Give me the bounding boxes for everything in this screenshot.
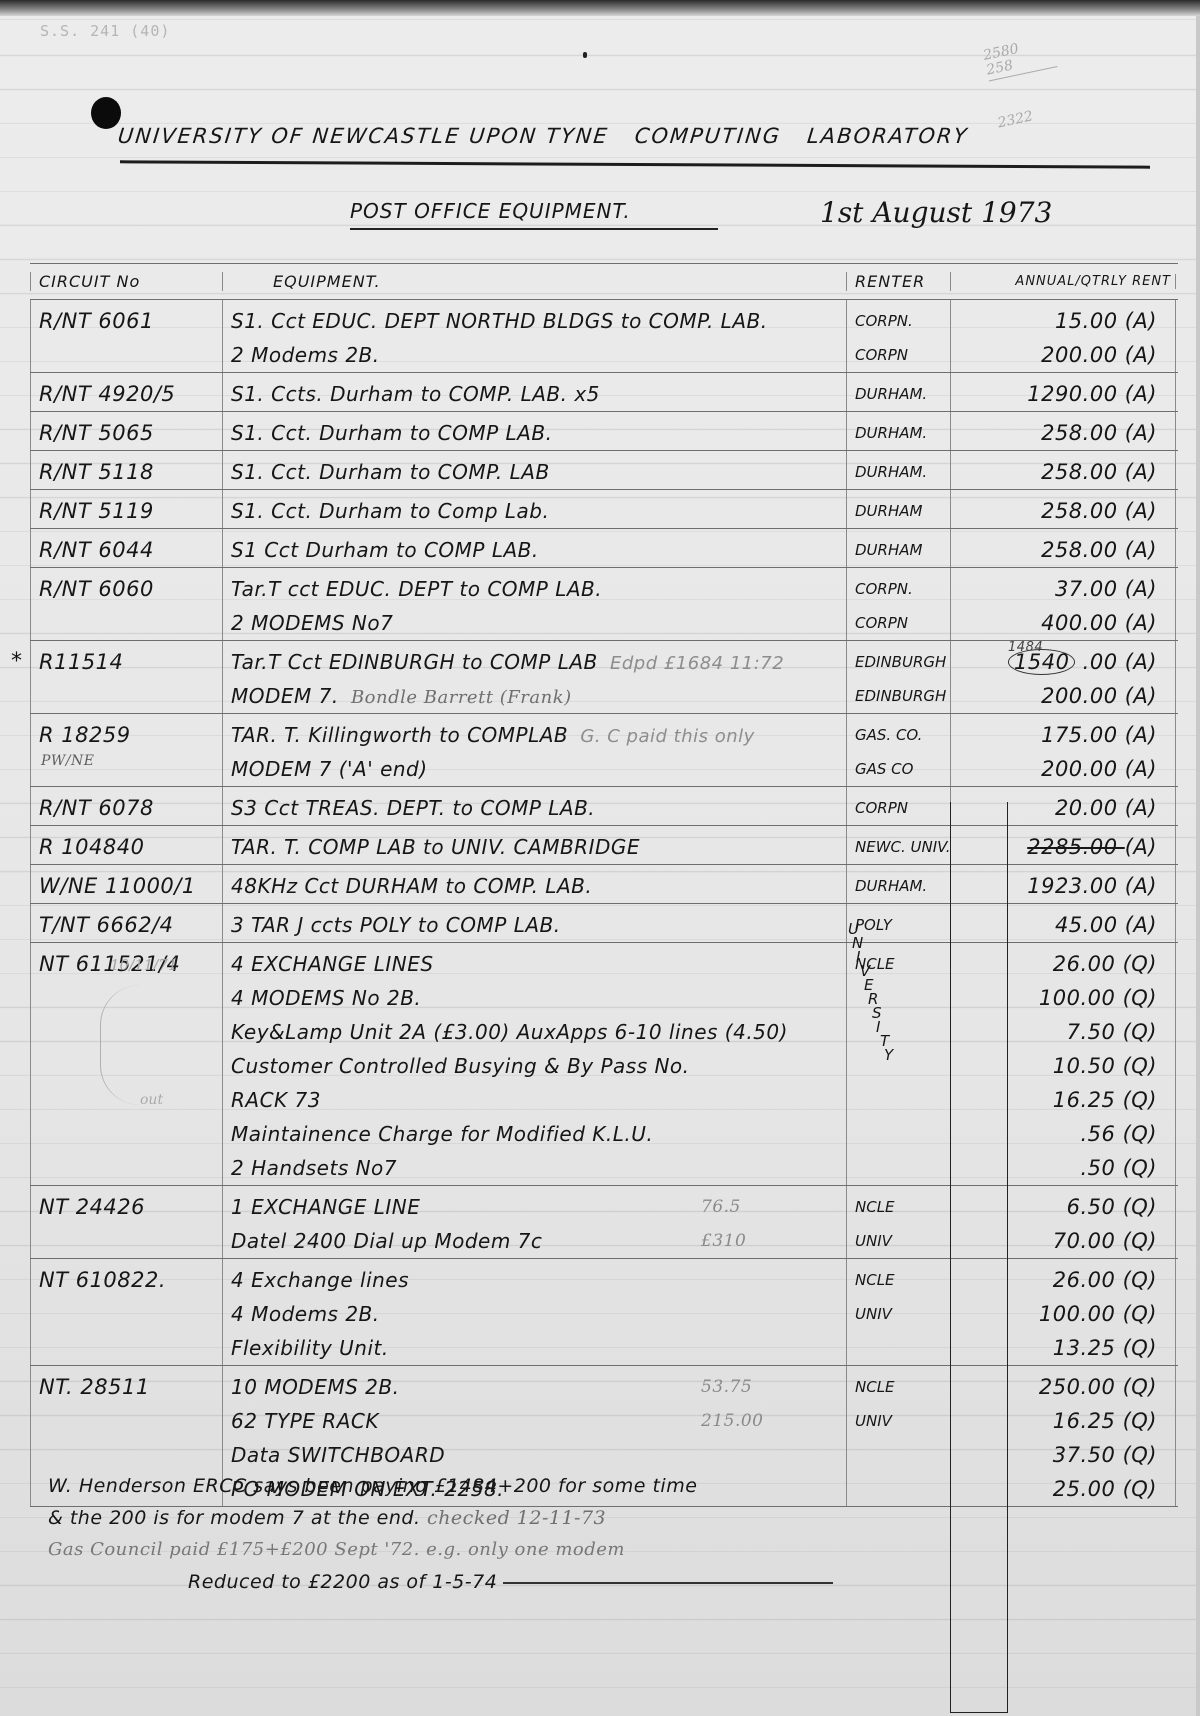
rent-period: (A) <box>1125 835 1157 859</box>
rent-period: (Q) <box>1123 1336 1157 1360</box>
blank-line <box>39 1297 222 1331</box>
ledger-row: R/NT 5065S1. Cct. Durham to COMP LAB.DUR… <box>30 412 1178 451</box>
page-subtitle: POST OFFICE EQUIPMENT. <box>350 199 631 223</box>
ledger-header: CIRCUIT No EQUIPMENT. RENTER ANNUAL/QTRL… <box>30 263 1178 300</box>
rent-value: 100.00 <box>1039 1302 1123 1326</box>
page-title: UNIVERSITY OF NEWCASTLE UPON TYNE COMPUT… <box>117 124 970 148</box>
pencil-side-figure: 76.5 <box>701 1190 741 1224</box>
rent-value: 20.00 <box>1055 796 1125 820</box>
rent-amount: 400.00 (A) <box>959 606 1157 640</box>
footnote-line: W. Henderson ERCC says been paying £1484… <box>48 1470 1008 1502</box>
renter-cell: DURHAM. <box>847 451 951 489</box>
equipment-item: Data SWITCHBOARD <box>231 1438 846 1472</box>
rent-period: (Q) <box>1123 1375 1157 1399</box>
renter-cell: DURHAM. <box>847 865 951 903</box>
renter-name <box>855 1117 950 1151</box>
rent-value: 37.00 <box>1055 577 1125 601</box>
rent-period: (Q) <box>1123 1020 1157 1044</box>
rent-value: 26.00 <box>1053 952 1123 976</box>
renter-name: UNIV <box>855 1224 950 1258</box>
rent-value: 45.00 <box>1055 913 1125 937</box>
renter-cell: EDINBURGHEDINBURGH <box>847 641 951 713</box>
equipment-cell: 1 EXCHANGE LINE76.5Datel 2400 Dial up Mo… <box>223 1186 847 1258</box>
ledger-row: R/NT 5118S1. Cct. Durham to COMP. LABDUR… <box>30 451 1178 490</box>
equipment-item: Tar.T cct EDUC. DEPT to COMP LAB. <box>231 572 846 606</box>
rent-period: (A) <box>1125 757 1157 781</box>
equipment-cell: S1. Cct. Durham to COMP LAB. <box>223 412 847 450</box>
circuit-cell: R/NT 4920/5 <box>30 373 223 411</box>
rent-period: (A) <box>1125 913 1157 937</box>
circuit-cell: NT 610822. <box>30 1259 223 1365</box>
rent-value: 2285.00 <box>1027 835 1125 859</box>
circuit-number: R/NT 6044 <box>39 533 222 567</box>
circuit-cell: R 18259PW/NE <box>30 714 223 786</box>
rent-period: (Q) <box>1123 1054 1157 1078</box>
equipment-item: RACK 73 <box>231 1083 846 1117</box>
renter-name: CORPN <box>855 606 950 640</box>
equipment-cell: 48KHz Cct DURHAM to COMP. LAB. <box>223 865 847 903</box>
rent-period: (Q) <box>1123 1477 1157 1501</box>
blank-line <box>39 1404 222 1438</box>
rent-value: 258.00 <box>1041 460 1125 484</box>
equipment-item: 1 EXCHANGE LINE76.5 <box>231 1190 846 1224</box>
rent-period: (Q) <box>1123 986 1157 1010</box>
equipment-item: Key&Lamp Unit 2A (£3.00) AuxApps 6-10 li… <box>231 1015 846 1049</box>
rent-value: 16.25 <box>1053 1409 1123 1433</box>
renter-cell: CORPN.CORPN <box>847 568 951 640</box>
rent-value: 200.00 <box>1041 684 1125 708</box>
ledger-row: R/NT 6044S1 Cct Durham to COMP LAB.DURHA… <box>30 529 1178 568</box>
circuit-cell: R 104840 <box>30 826 223 864</box>
circuit-cell: R/NT 5118 <box>30 451 223 489</box>
equipment-cell: 3 TAR J ccts POLY to COMP LAB. <box>223 904 847 942</box>
equipment-cell: S1. Cct. Durham to Comp Lab. <box>223 490 847 528</box>
rent-value: 258.00 <box>1041 538 1125 562</box>
equipment-item: 3 TAR J ccts POLY to COMP LAB. <box>231 908 846 942</box>
rent-period: (A) <box>1125 421 1157 445</box>
equipment-item: 4 Modems 2B. <box>231 1297 846 1331</box>
rent-amount: 200.00 (A) <box>959 752 1157 786</box>
rent-value: 1290.00 <box>1027 382 1125 406</box>
renter-cell: NCLEUNIV <box>847 1186 951 1258</box>
rent-period: (A) <box>1125 577 1157 601</box>
equipment-cell: Tar.T Cct EDINBURGH to COMP LAB Edpd £16… <box>223 641 847 713</box>
renter-name <box>855 1438 950 1472</box>
renter-name: CORPN <box>855 791 950 825</box>
document-date: 1st August 1973 <box>820 196 1052 229</box>
pencil-annotation: Bondle Barrett (Frank) <box>345 687 572 708</box>
blank-line <box>39 679 222 713</box>
rent-amount: 37.00 (A) <box>959 572 1157 606</box>
rent-value: .50 <box>1081 1156 1123 1180</box>
rent-value: 258.00 <box>1041 421 1125 445</box>
rent-value: 37.50 <box>1053 1443 1123 1467</box>
equipment-item: 2 MODEMS No7 <box>231 606 846 640</box>
equipment-cell: TAR. T. COMP LAB to UNIV. CAMBRIDGE <box>223 826 847 864</box>
rent-value: 1923.00 <box>1027 874 1125 898</box>
circuit-number: R 104840 <box>39 830 222 864</box>
renter-cell: CORPN.CORPN <box>847 300 951 372</box>
bracket-tail-line <box>503 1582 833 1584</box>
circuit-number: R/NT 6078 <box>39 791 222 825</box>
renter-name: NCLE <box>855 1190 950 1224</box>
rent-value: 400.00 <box>1041 611 1125 635</box>
pencil-side-figure: £310 <box>701 1224 746 1258</box>
equipment-item: MODEM 7. Bondle Barrett (Frank) <box>231 679 846 713</box>
punch-hole <box>91 97 121 129</box>
rent-period: (Q) <box>1123 1229 1157 1253</box>
equipment-item: S1. Cct. Durham to Comp Lab. <box>231 494 846 528</box>
asterisk-icon: * <box>11 645 23 679</box>
equipment-item: Maintainence Charge for Modified K.L.U. <box>231 1117 846 1151</box>
renter-name: DURHAM <box>855 533 950 567</box>
circuit-cell: W/NE 11000/1 <box>30 865 223 903</box>
renter-cell: CORPN <box>847 787 951 825</box>
rent-period: (A) <box>1125 684 1157 708</box>
renter-name <box>855 1151 950 1185</box>
renter-name: GAS. CO. <box>855 718 950 752</box>
renter-name: GAS CO <box>855 752 950 786</box>
equipment-cell: S3 Cct TREAS. DEPT. to COMP LAB. <box>223 787 847 825</box>
rent-value: 16.25 <box>1053 1088 1123 1112</box>
column-header-renter: RENTER <box>847 272 951 291</box>
handwritten-annotation: G. C paid this only <box>574 726 755 747</box>
equipment-cell: 4 EXCHANGE LINES4 MODEMS No 2B.Key&Lamp … <box>223 943 847 1185</box>
rent-period: (Q) <box>1123 1268 1157 1292</box>
ledger-row: R/NT 5119S1. Cct. Durham to Comp Lab.DUR… <box>30 490 1178 529</box>
equipment-item: Tar.T Cct EDINBURGH to COMP LAB Edpd £16… <box>231 645 846 679</box>
rent-period: (A) <box>1125 460 1157 484</box>
ledger-row: R/NT 6060Tar.T cct EDUC. DEPT to COMP LA… <box>30 568 1178 641</box>
equipment-item: 4 MODEMS No 2B. <box>231 981 846 1015</box>
rent-value: 26.00 <box>1053 1268 1123 1292</box>
ledger-row: R/NT 4920/5S1. Ccts. Durham to COMP. LAB… <box>30 373 1178 412</box>
rent-cell: 1290.00 (A) <box>951 373 1176 411</box>
renter-name <box>855 1049 950 1083</box>
rent-value: 7.50 <box>1067 1020 1123 1044</box>
equipment-item: 2 Modems 2B. <box>231 338 846 372</box>
circuit-number: W/NE 11000/1 <box>39 869 222 903</box>
renter-name <box>855 1083 950 1117</box>
rent-amount: 200.00 (A) <box>959 679 1157 713</box>
rent-value: 200.00 <box>1041 343 1125 367</box>
equipment-item: 62 TYPE RACK215.00 <box>231 1404 846 1438</box>
rent-value: 6.50 <box>1067 1195 1123 1219</box>
renter-name: DURHAM. <box>855 455 950 489</box>
equipment-item: S3 Cct TREAS. DEPT. to COMP LAB. <box>231 791 846 825</box>
equipment-item: S1 Cct Durham to COMP LAB. <box>231 533 846 567</box>
renter-cell: DURHAM. <box>847 412 951 450</box>
circuit-number: NT. 28511 <box>39 1370 222 1404</box>
renter-name: DURHAM. <box>855 416 950 450</box>
rent-value: 200.00 <box>1041 757 1125 781</box>
equipment-item: Datel 2400 Dial up Modem 7c£310 <box>231 1224 846 1258</box>
pencil-side-figure: 215.00 <box>701 1404 763 1438</box>
rent-amount: 258.00 (A) <box>959 494 1157 528</box>
pencil-arrow-icon <box>100 985 156 1105</box>
rent-amount: 14841540 .00 (A) <box>959 645 1157 679</box>
footnote-line: Reduced to £2200 as of 1-5-74 <box>48 1566 1008 1598</box>
rent-period: (Q) <box>1123 1302 1157 1326</box>
rent-value: 100.00 <box>1039 986 1123 1010</box>
column-header-equipment: EQUIPMENT. <box>223 272 847 291</box>
equipment-item: S1. Cct. Durham to COMP. LAB <box>231 455 846 489</box>
rent-period: (A) <box>1125 874 1157 898</box>
rent-period: (Q) <box>1123 1156 1157 1180</box>
vertical-letter: Y <box>884 1046 894 1064</box>
equipment-item: S1. Cct EDUC. DEPT NORTHD BLDGS to COMP.… <box>231 304 846 338</box>
renter-cell: DURHAM <box>847 529 951 567</box>
equipment-item: 2 Handsets No7 <box>231 1151 846 1185</box>
scan-edge <box>0 0 1200 16</box>
rent-period: (A) <box>1125 382 1157 406</box>
pencil-side-figure: 53.75 <box>701 1370 752 1404</box>
rent-cell: 175.00 (A)200.00 (A) <box>951 714 1176 786</box>
ledger-row: R 18259PW/NETAR. T. Killingworth to COMP… <box>30 714 1178 787</box>
renter-name: NCLE <box>855 1263 950 1297</box>
footnote-line: Gas Council paid £175+£200 Sept '72. e.g… <box>48 1534 1008 1566</box>
rent-value: 13.25 <box>1053 1336 1123 1360</box>
rent-period: (Q) <box>1123 1409 1157 1433</box>
ledger-row: R11514*Tar.T Cct EDINBURGH to COMP LAB E… <box>30 641 1178 714</box>
circuit-number: T/NT 6662/4 <box>39 908 222 942</box>
pencil-check-note: checked 12-11-73 <box>421 1507 607 1529</box>
subtitle-underline <box>350 228 718 230</box>
renter-name: UNIV <box>855 1404 950 1438</box>
rent-cell: 258.00 (A) <box>951 451 1176 489</box>
renter-name: DURHAM. <box>855 869 950 903</box>
rent-cell: 15.00 (A)200.00 (A) <box>951 300 1176 372</box>
footnote-line: & the 200 is for modem 7 at the end. che… <box>48 1502 1008 1534</box>
equipment-item: MODEM 7 ('A' end) <box>231 752 846 786</box>
rent-period: (A) <box>1125 723 1157 747</box>
rent-cell: 258.00 (A) <box>951 412 1176 450</box>
rent-period: (A) <box>1125 309 1157 333</box>
renter-name: EDINBURGH <box>855 645 950 679</box>
rent-period: (Q) <box>1123 1195 1157 1219</box>
circuit-number: R/NT 5065 <box>39 416 222 450</box>
rent-period: (Q) <box>1123 1443 1157 1467</box>
circuit-cell: NT 24426 <box>30 1186 223 1258</box>
rent-decimals: .00 <box>1075 650 1124 674</box>
rent-amount: 175.00 (A) <box>959 718 1157 752</box>
rent-period: (A) <box>1125 611 1157 635</box>
renter-name: UNIV <box>855 1297 950 1331</box>
rent-cell: 14841540 .00 (A)200.00 (A) <box>951 641 1176 713</box>
circuit-cell: R/NT 6060 <box>30 568 223 640</box>
circuit-number: R/NT 6061 <box>39 304 222 338</box>
equipment-item: 4 Exchange lines <box>231 1263 846 1297</box>
handwritten-annotation: Edpd £1684 11:72 <box>604 653 784 674</box>
circuit-number: R/NT 6060 <box>39 572 222 606</box>
equipment-item: S1. Ccts. Durham to COMP. LAB. x5 <box>231 377 846 411</box>
equipment-item: Customer Controlled Busying & By Pass No… <box>231 1049 846 1083</box>
renter-name: NCLE <box>855 1370 950 1404</box>
rent-value: 25.00 <box>1053 1477 1123 1501</box>
renter-cell: NEWC. UNIV. <box>847 826 951 864</box>
equipment-cell: TAR. T. Killingworth to COMPLAB G. C pai… <box>223 714 847 786</box>
rent-period: (A) <box>1125 796 1157 820</box>
blank-line <box>39 752 222 786</box>
blank-line <box>39 1117 222 1151</box>
blank-line <box>39 606 222 640</box>
rent-value: 15.00 <box>1055 309 1125 333</box>
rent-period: (A) <box>1125 343 1157 367</box>
circuit-number: R 18259PW/NE <box>39 718 222 752</box>
rent-period: (A) <box>1125 650 1157 674</box>
renter-name: DURHAM <box>855 494 950 528</box>
rent-amount: 258.00 (A) <box>959 416 1157 450</box>
equipment-cell: S1. Cct EDUC. DEPT NORTHD BLDGS to COMP.… <box>223 300 847 372</box>
rent-period: (Q) <box>1123 1088 1157 1112</box>
rent-cell: 258.00 (A) <box>951 490 1176 528</box>
rent-value: 175.00 <box>1041 723 1125 747</box>
rent-value: 10.50 <box>1053 1054 1123 1078</box>
equipment-item: Flexibility Unit. <box>231 1331 846 1365</box>
renter-name: POLY <box>855 908 950 942</box>
rent-period: (A) <box>1125 538 1157 562</box>
form-stamp: S.S. 241 (40) <box>40 22 170 40</box>
circuit-cell: T/NT 6662/4 <box>30 904 223 942</box>
equipment-item: 4 EXCHANGE LINES <box>231 947 846 981</box>
pencil-calculation: 2580 258 2322 <box>982 33 1078 132</box>
circuit-cell: R/NT 6044 <box>30 529 223 567</box>
footnotes: W. Henderson ERCC says been paying £1484… <box>48 1470 1008 1598</box>
equipment-item: TAR. T. COMP LAB to UNIV. CAMBRIDGE <box>231 830 846 864</box>
ink-speck <box>583 52 587 58</box>
rent-period: (Q) <box>1123 952 1157 976</box>
blank-line <box>39 1438 222 1472</box>
renter-name: CORPN. <box>855 572 950 606</box>
blank-line <box>39 338 222 372</box>
renter-cell: DURHAM. <box>847 373 951 411</box>
column-header-circuit: CIRCUIT No <box>30 272 223 291</box>
circuit-cell: R/NT 5119 <box>30 490 223 528</box>
rent-value: .56 <box>1081 1122 1123 1146</box>
rent-cell: 37.00 (A)400.00 (A) <box>951 568 1176 640</box>
equipment-cell: S1. Cct. Durham to COMP. LAB <box>223 451 847 489</box>
circuit-cell: R11514* <box>30 641 223 713</box>
circuit-number: R/NT 4920/5 <box>39 377 222 411</box>
rent-amount: 258.00 (A) <box>959 455 1157 489</box>
renter-name: EDINBURGH <box>855 679 950 713</box>
pencil-date-note: 10/11/71 <box>110 956 177 974</box>
blank-line <box>39 1331 222 1365</box>
renter-name <box>855 1015 950 1049</box>
renter-name: DURHAM. <box>855 377 950 411</box>
equipment-item: 48KHz Cct DURHAM to COMP. LAB. <box>231 869 846 903</box>
blank-line <box>39 1224 222 1258</box>
rent-value: 250.00 <box>1039 1375 1123 1399</box>
rent-amount: 258.00 (A) <box>959 533 1157 567</box>
renter-name: CORPN <box>855 338 950 372</box>
renter-name: NEWC. UNIV. <box>855 830 950 864</box>
circuit-number: R/NT 5118 <box>39 455 222 489</box>
circuit-cell: R/NT 5065 <box>30 412 223 450</box>
rent-amount: 200.00 (A) <box>959 338 1157 372</box>
rent-cell: 258.00 (A) <box>951 529 1176 567</box>
equipment-item: 10 MODEMS 2B.53.75 <box>231 1370 846 1404</box>
equipment-cell: Tar.T cct EDUC. DEPT to COMP LAB.2 MODEM… <box>223 568 847 640</box>
circuit-number: NT 610822. <box>39 1263 222 1297</box>
equipment-cell: 4 Exchange lines4 Modems 2B.Flexibility … <box>223 1259 847 1365</box>
circuit-cell: R/NT 6061 <box>30 300 223 372</box>
renter-name: CORPN. <box>855 304 950 338</box>
renter-name <box>855 1331 950 1365</box>
column-header-rent: ANNUAL/QTRLY RENT <box>951 274 1176 289</box>
circuit-number: NT 24426 <box>39 1190 222 1224</box>
circuit-number: R/NT 5119 <box>39 494 222 528</box>
rent-amount: 1290.00 (A) <box>959 377 1157 411</box>
circuit-number: R11514* <box>39 645 222 679</box>
rent-value: 258.00 <box>1041 499 1125 523</box>
equipment-item: S1. Cct. Durham to COMP LAB. <box>231 416 846 450</box>
circuit-cell: R/NT 6078 <box>30 787 223 825</box>
renter-cell: DURHAM <box>847 490 951 528</box>
rent-amount: 15.00 (A) <box>959 304 1157 338</box>
equipment-cell: S1 Cct Durham to COMP LAB. <box>223 529 847 567</box>
rent-period: (Q) <box>1123 1122 1157 1146</box>
equipment-cell: S1. Ccts. Durham to COMP. LAB. x5 <box>223 373 847 411</box>
rent-revised-note: 1484 <box>1008 631 1043 665</box>
rent-period: (A) <box>1125 499 1157 523</box>
blank-line <box>39 1151 222 1185</box>
ledger-row: R/NT 6061S1. Cct EDUC. DEPT NORTHD BLDGS… <box>30 300 1178 373</box>
renter-cell: NCLEUNIV <box>847 1259 951 1365</box>
renter-cell: GAS. CO.GAS CO <box>847 714 951 786</box>
pencil-out-note: out <box>140 1092 163 1108</box>
rent-value: 70.00 <box>1053 1229 1123 1253</box>
equipment-item: TAR. T. Killingworth to COMPLAB G. C pai… <box>231 718 846 752</box>
